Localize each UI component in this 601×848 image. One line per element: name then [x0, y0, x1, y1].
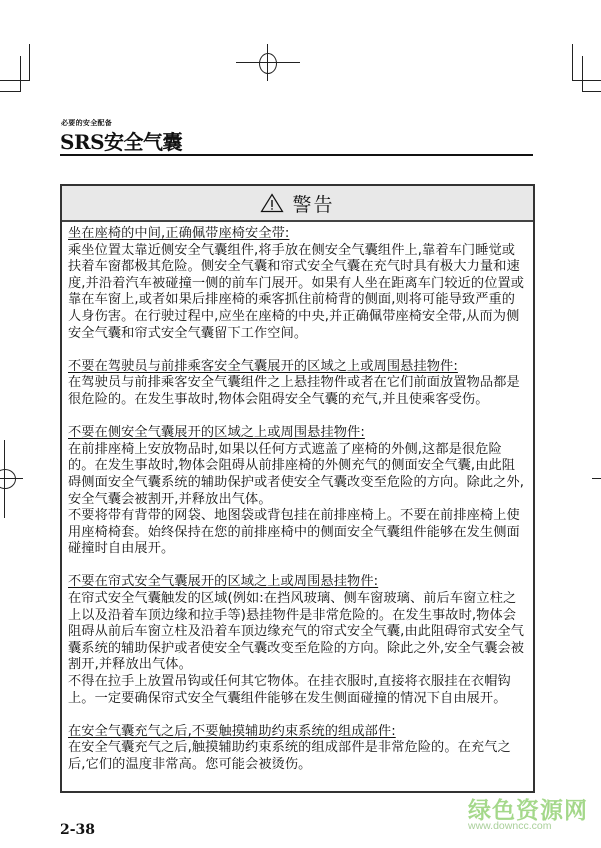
title-divider: [60, 154, 533, 156]
warning-title: 警告: [292, 190, 334, 217]
warning-section-heading: 不要在侧安全气囊展开的区域之上或周围悬挂物件:: [68, 425, 527, 442]
warning-section: 不要在驾驶员与前排乘客安全气囊展开的区域之上或周围悬挂物件: 在驾驶员与前排乘客…: [68, 359, 527, 409]
warning-paragraph: 在帘式安全气囊触发的区域(例如:在挡风玻璃、侧车窗玻璃、前后车窗立柱之上以及沿着…: [68, 591, 527, 674]
warning-section-heading: 不要在驾驶员与前排乘客安全气囊展开的区域之上或周围悬挂物件:: [68, 359, 527, 376]
warning-section: 不要在侧安全气囊展开的区域之上或周围悬挂物件: 在前排座椅上安放物品时,如果以任…: [68, 425, 527, 558]
warning-section-heading: 不要在帘式安全气囊展开的区域之上或周围悬挂物件:: [68, 574, 527, 591]
warning-paragraph: 不要将带有背带的网袋、地图袋或背包挂在前排座椅上。不要在前排座椅上使用座椅椅套。…: [68, 508, 527, 558]
watermark-url: www.downcc.com: [468, 820, 551, 832]
warning-paragraph: 乘坐位置太靠近侧安全气囊组件,将手放在侧安全气囊组件上,靠着车门睡觉或扶着车窗都…: [68, 243, 527, 343]
page-title: SRS安全气囊: [60, 126, 182, 155]
warning-section: 在安全气囊充气之后,不要触摸辅助约束系统的组成部件: 在安全气囊充气之后,触摸辅…: [68, 724, 527, 774]
warning-section: 不要在帘式安全气囊展开的区域之上或周围悬挂物件: 在帘式安全气囊触发的区域(例如…: [68, 574, 527, 707]
warning-paragraph: 在驾驶员与前排乘客安全气囊组件之上悬挂物件或者在它们前面放置物品都是很危险的。在…: [68, 375, 527, 408]
warning-section: 坐在座椅的中间,正确佩带座椅安全带: 乘坐位置太靠近侧安全气囊组件,将手放在侧安…: [68, 226, 527, 342]
warning-paragraph: 在前排座椅上安放物品时,如果以任何方式遮盖了座椅的外侧,这都是很危险的。在发生事…: [68, 442, 527, 508]
warning-header: 警告: [62, 186, 533, 222]
warning-triangle-icon: [260, 193, 284, 213]
warning-paragraph: 在安全气囊充气之后,触摸辅助约束系统的组成部件是非常危险的。在充气之后,它们的温…: [68, 740, 527, 773]
warning-section-heading: 坐在座椅的中间,正确佩带座椅安全带:: [68, 226, 527, 243]
warning-paragraph: 不得在拉手上放置吊钩或任何其它物体。在挂衣服时,直接将衣服挂在衣帽钩上。一定要确…: [68, 674, 527, 707]
page-number: 2-38: [60, 822, 95, 838]
warning-box: 警告 坐在座椅的中间,正确佩带座椅安全带: 乘坐位置太靠近侧安全气囊组件,将手放…: [60, 184, 535, 793]
warning-section-heading: 在安全气囊充气之后,不要触摸辅助约束系统的组成部件:: [68, 724, 527, 741]
warning-body: 坐在座椅的中间,正确佩带座椅安全带: 乘坐位置太靠近侧安全气囊组件,将手放在侧安…: [62, 222, 533, 774]
